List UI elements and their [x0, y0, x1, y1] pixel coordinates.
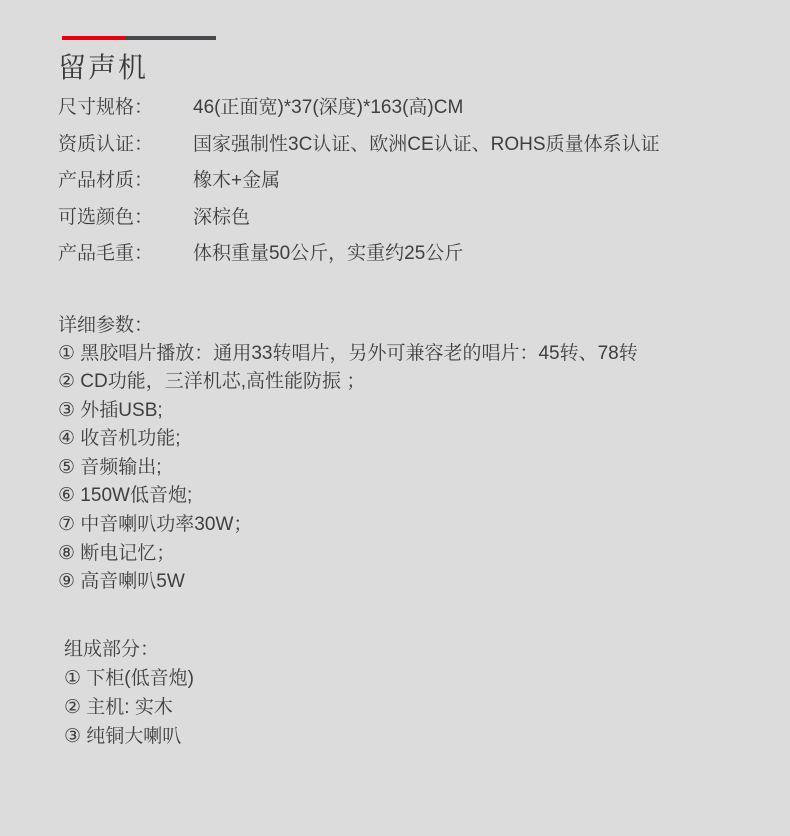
- spec-value: 深棕色: [193, 200, 250, 237]
- accent-bar-red-segment: [62, 36, 126, 40]
- detail-item: ① 黑胶唱片播放：通用33转唱片，另外可兼容老的唱片：45转、78转: [58, 340, 770, 369]
- detail-item: ⑨ 高音喇叭5W: [58, 568, 770, 597]
- detail-item: ⑤ 音频输出;: [58, 454, 770, 483]
- component-item: ② 主机: 实木: [64, 693, 770, 722]
- product-detail-page: 留声机 尺寸规格： 46(正面宽)*37(深度)*163(高)CM 资质认证： …: [0, 0, 790, 836]
- spec-value: 橡木+金属: [193, 163, 280, 200]
- detail-item: ⑧ 断电记忆；: [58, 540, 770, 569]
- spec-row: 产品毛重： 体积重量50公斤，实重约25公斤: [58, 236, 770, 273]
- spec-row: 产品材质： 橡木+金属: [58, 163, 770, 200]
- detail-item: ② CD功能，三洋机芯,高性能防振 ；: [58, 368, 770, 397]
- components-heading: 组成部分：: [64, 635, 770, 664]
- detail-item: ⑥ 150W低音炮;: [58, 482, 770, 511]
- components-section: 组成部分： ① 下柜(低音炮) ② 主机: 实木 ③ 纯铜大喇叭: [64, 635, 770, 751]
- accent-bar: [62, 36, 216, 40]
- spec-label: 资质认证：: [58, 127, 193, 164]
- detail-item: ④ 收音机功能;: [58, 425, 770, 454]
- detail-item: ⑦ 中音喇叭功率30W；: [58, 511, 770, 540]
- spec-row: 尺寸规格： 46(正面宽)*37(深度)*163(高)CM: [58, 90, 770, 127]
- spec-list: 尺寸规格： 46(正面宽)*37(深度)*163(高)CM 资质认证： 国家强制…: [58, 90, 770, 273]
- spec-label: 可选颜色：: [58, 200, 193, 237]
- component-item: ③ 纯铜大喇叭: [64, 722, 770, 751]
- spec-value: 46(正面宽)*37(深度)*163(高)CM: [193, 90, 463, 127]
- detailed-parameters-heading: 详细参数：: [58, 311, 770, 340]
- spec-row: 可选颜色： 深棕色: [58, 200, 770, 237]
- product-title: 留声机: [58, 52, 770, 84]
- detailed-parameters-section: 详细参数： ① 黑胶唱片播放：通用33转唱片，另外可兼容老的唱片：45转、78转…: [58, 311, 770, 597]
- accent-bar-dark-segment: [126, 36, 216, 40]
- spec-value: 国家强制性3C认证、欧洲CE认证、ROHS质量体系认证: [193, 127, 660, 164]
- spec-row: 资质认证： 国家强制性3C认证、欧洲CE认证、ROHS质量体系认证: [58, 127, 770, 164]
- spec-label: 产品毛重：: [58, 236, 193, 273]
- spec-label: 产品材质：: [58, 163, 193, 200]
- spec-value: 体积重量50公斤，实重约25公斤: [193, 236, 463, 273]
- spec-label: 尺寸规格：: [58, 90, 193, 127]
- detail-item: ③ 外插USB;: [58, 397, 770, 426]
- component-item: ① 下柜(低音炮): [64, 664, 770, 693]
